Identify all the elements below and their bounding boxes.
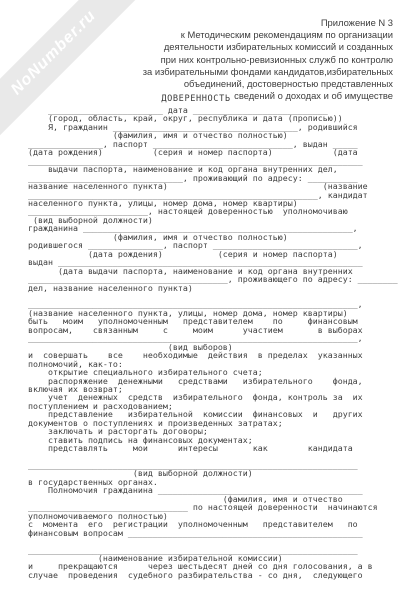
- document-body: _______________________ дата ___________…: [28, 106, 398, 579]
- document-page: NoNumber.ru Приложение N 3 к Методически…: [0, 0, 420, 600]
- watermark-text: NoNumber.ru: [8, 7, 100, 99]
- document-header-annotation: Приложение N 3 к Методическим рекомендац…: [143, 17, 393, 102]
